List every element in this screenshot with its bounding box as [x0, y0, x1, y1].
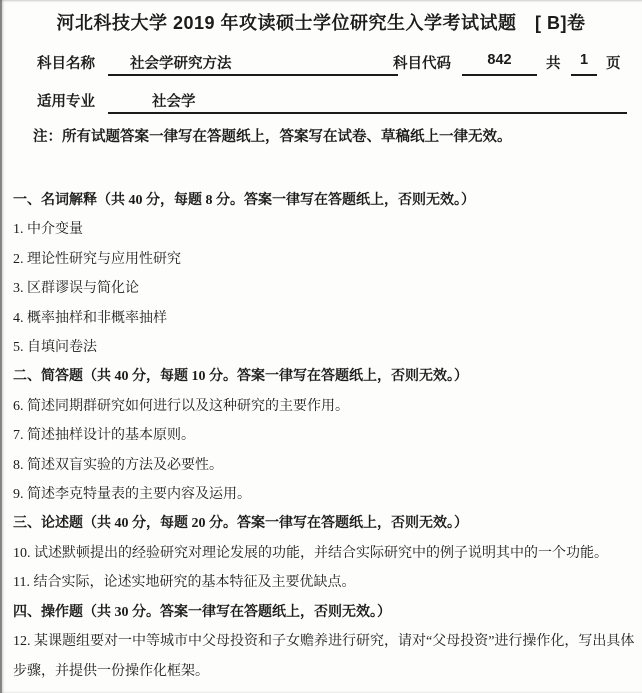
pages-total-label: 共 [546, 52, 561, 73]
question-line: 4. 概率抽样和非概率抽样 [13, 304, 635, 333]
section-heading: 四、操作题（共 30 分。答案一律写在答题纸上，否则无效。） [13, 598, 635, 627]
pages-total-underline [571, 74, 597, 76]
question-line: 8. 简述双盲实验的方法及必要性。 [13, 451, 635, 480]
question-line: 1. 中介变量 [13, 215, 635, 244]
question-list: 一、名词解释（共 40 分，每题 8 分。答案一律写在答题纸上，否则无效。）1.… [13, 186, 635, 686]
question-line: 12. 某课题组要对一中等城市中父母投资和子女赡养进行研究，请对“父母投资”进行… [13, 627, 635, 686]
subject-name-value: 社会学研究方法 [130, 52, 232, 73]
question-line: 6. 简述同期群研究如何进行以及这种研究的主要作用。 [13, 392, 635, 421]
section-heading: 一、名词解释（共 40 分，每题 8 分。答案一律写在答题纸上，否则无效。） [13, 186, 635, 215]
question-line: 10. 试述默顿提出的经验研究对理论发展的功能，并结合实际研究中的例子说明其中的… [13, 539, 635, 568]
major-underline [108, 112, 627, 114]
subject-code-label: 科目代码 [393, 52, 451, 73]
page-title: 河北科技大学 2019 年攻读硕士学位研究生入学考试试题 [ B]卷 [0, 9, 642, 35]
subject-code-underline [462, 74, 537, 76]
pages-total-value: 1 [571, 52, 597, 68]
subject-code-value: 842 [462, 52, 537, 68]
scan-edge-artifact [0, 0, 2, 693]
section-heading: 二、简答题（共 40 分，每题 10 分。答案一律写在答题纸上，否则无效。） [13, 362, 635, 391]
section-heading: 三、论述题（共 40 分，每题 20 分。答案一律写在答题纸上，否则无效。） [13, 509, 635, 538]
question-line: 5. 自填问卷法 [13, 333, 635, 362]
pages-unit-label: 页 [606, 52, 621, 73]
question-line: 11. 结合实际，论述实地研究的基本特征及主要优缺点。 [13, 568, 635, 597]
major-label: 适用专业 [37, 90, 95, 111]
major-value: 社会学 [152, 90, 196, 111]
question-line: 3. 区群谬误与简化论 [13, 274, 635, 303]
question-line: 2. 理论性研究与应用性研究 [13, 245, 635, 274]
question-line: 9. 简述李克特量表的主要内容及运用。 [13, 480, 635, 509]
exam-paper-page: 河北科技大学 2019 年攻读硕士学位研究生入学考试试题 [ B]卷 科目名称 … [0, 0, 642, 693]
subject-name-underline [108, 74, 398, 76]
subject-name-label: 科目名称 [37, 52, 95, 73]
question-line: 7. 简述抽样设计的基本原则。 [13, 421, 635, 450]
answer-sheet-notice: 注：所有试题答案一律写在答题纸上，答案写在试卷、草稿纸上一律无效。 [33, 125, 632, 146]
